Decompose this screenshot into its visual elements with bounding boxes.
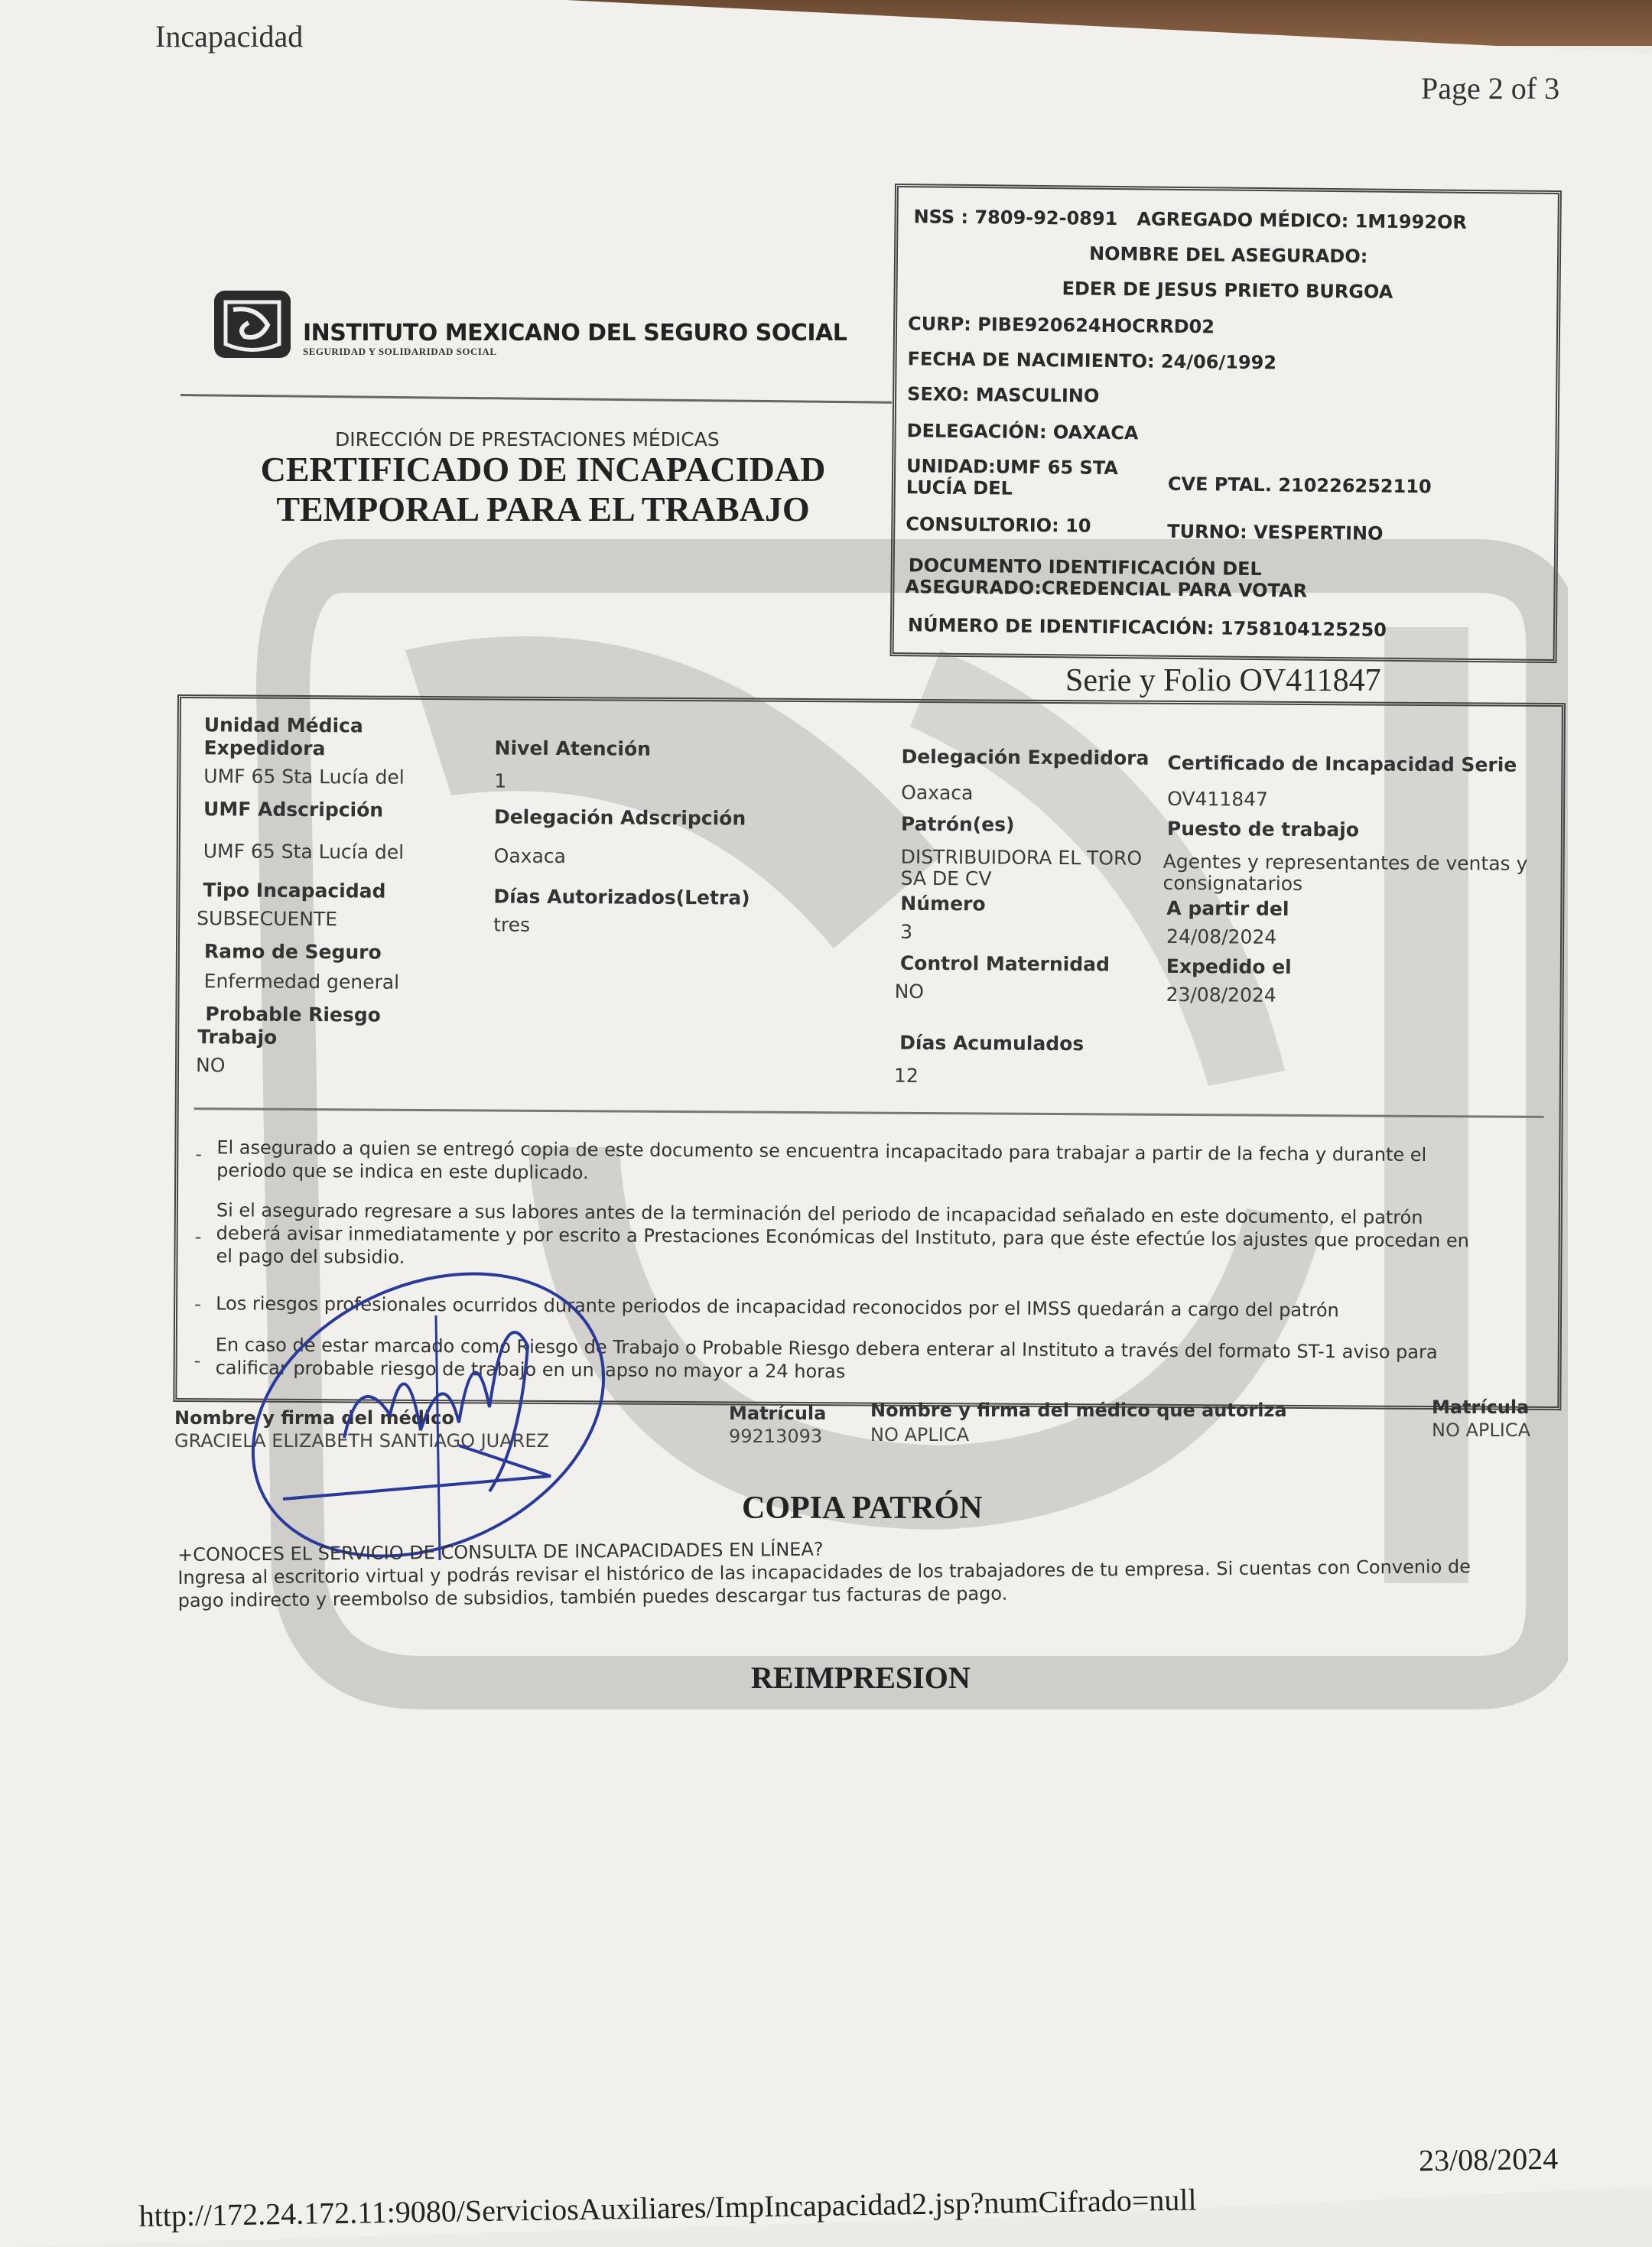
curp-field: CURP: PIBE920624HOCRRD02: [908, 313, 1215, 337]
shift-field: TURNO: VESPERTINO: [1167, 521, 1384, 545]
certificate-details-box: Unidad MédicaExpedidora UMF 65 Sta Lucía…: [173, 694, 1566, 1410]
assignment-delegation: Oaxaca: [494, 846, 566, 868]
employer-copy-label: COPIA PATRÓN: [742, 1490, 983, 1527]
insured-name-label: NOMBRE DEL ASEGURADO:: [1089, 243, 1368, 268]
insured-name: EDER DE JESUS PRIETO BURGOA: [1062, 278, 1393, 303]
insurance-branch-label: Ramo de Seguro: [204, 940, 382, 964]
number: 3: [900, 922, 912, 943]
job-position-label: Puesto de trabajo: [1167, 818, 1359, 842]
number-label: Número: [900, 893, 985, 916]
doctor-name: GRACIELA ELIZABETH SANTIAGO JUAREZ: [174, 1430, 549, 1452]
doctor-label: Nombre y firma del médico: [174, 1407, 454, 1429]
reprint-label: REIMPRESION: [751, 1660, 971, 1696]
nss-field: NSS : 7809-92-0891 AGREGADO MÉDICO: 1M19…: [913, 206, 1467, 233]
certificate-series: OV411847: [1167, 789, 1268, 811]
start-date-label: A partir del: [1166, 897, 1289, 921]
care-level: 1: [494, 771, 506, 792]
id-number-field: NÚMERO DE IDENTIFICACIÓN: 1758104125250: [908, 614, 1387, 641]
authorized-days-text: tres: [493, 915, 530, 936]
maternity-control-label: Control Maternidad: [900, 952, 1110, 977]
birthdate-field: FECHA DE NACIMIENTO: 24/06/1992: [907, 348, 1276, 373]
issuing-delegation-label: Delegación Expedidora: [901, 746, 1149, 770]
work-risk: NO: [196, 1055, 226, 1076]
employer-label: Patrón(es): [901, 813, 1015, 837]
serie-folio: Serie y Folio OV411847: [1065, 662, 1381, 699]
license2-number: NO APLICA: [1432, 1419, 1530, 1441]
certificate-series-label: Certificado de Incapacidad Serie: [1167, 752, 1517, 777]
print-date: 23/08/2024: [1419, 2141, 1559, 2179]
online-service-promo: +CONOCES EL SERVICIO DE CONSULTA DE INCA…: [177, 1531, 1555, 1612]
license-label: Matrícula: [729, 1403, 826, 1424]
postal-code-field: CVE PTAL. 210226252110: [1168, 473, 1432, 498]
certificate-title: CERTIFICADO DE INCAPACIDAD TEMPORAL PARA…: [252, 450, 834, 529]
authorized-days-text-label: Días Autorizados(Letra): [493, 886, 750, 910]
page-header-title: Incapacidad: [155, 18, 303, 54]
sex-field: SEXO: MASCULINO: [907, 383, 1100, 407]
start-date: 24/08/2024: [1166, 926, 1276, 948]
note-4: En caso de estar marcado como Riesgo de …: [216, 1333, 1516, 1387]
office-field: CONSULTORIO: 10: [906, 513, 1091, 537]
issuing-unit: UMF 65 Sta Lucía del: [203, 766, 405, 789]
license-number: 99213093: [729, 1426, 822, 1447]
issued-date-label: Expedido el: [1166, 955, 1292, 979]
care-level-label: Nivel Atención: [494, 737, 651, 761]
work-risk-label: Probable RiesgoTrabajo: [197, 1003, 381, 1049]
insurance-branch: Enfermedad general: [204, 971, 400, 993]
patient-info-box: NSS : 7809-92-0891 AGREGADO MÉDICO: 1M19…: [890, 184, 1562, 663]
umf-assignment: UMF 65 Sta Lucía del: [203, 841, 405, 863]
certificate-title-line1: CERTIFICADO DE INCAPACIDAD: [252, 450, 834, 489]
employer: DISTRIBUIDORA EL TOROSA DE CV: [900, 847, 1142, 891]
delegation-field: DELEGACIÓN: OAXACA: [906, 420, 1138, 444]
direction-label: DIRECCIÓN DE PRESTACIONES MÉDICAS: [335, 428, 720, 450]
note-1: El asegurado a quien se entregó copia de…: [216, 1136, 1517, 1189]
incapacity-type-label: Tipo Incapacidad: [203, 879, 385, 902]
unit-line2: LUCÍA DEL: [906, 476, 1013, 499]
certificate-title-line2: TEMPORAL PARA EL TRABAJO: [252, 489, 834, 529]
job-position: Agentes y representantes de ventas ycons…: [1163, 851, 1527, 896]
license2-label: Matrícula: [1432, 1397, 1529, 1418]
institution-name: INSTITUTO MEXICANO DEL SEGURO SOCIAL: [303, 320, 847, 346]
authorizing-doctor-label: Nombre y firma del médico que autoriza: [870, 1400, 1287, 1421]
institution-tagline: SEGURIDAD Y SOLIDARIDAD SOCIAL: [303, 346, 497, 358]
details-divider: [194, 1107, 1544, 1118]
page-indicator: Page 2 of 3: [1421, 70, 1559, 106]
accumulated-days: 12: [894, 1065, 919, 1087]
bullet-dash: -: [194, 1350, 201, 1371]
issuing-unit-label: Unidad MédicaExpedidora: [203, 714, 363, 760]
maternity-control: NO: [895, 981, 925, 1003]
unit-line1: UNIDAD:UMF 65 STA: [906, 455, 1118, 479]
note-3: Los riesgos profesionales ocurridos dura…: [216, 1292, 1516, 1322]
assignment-delegation-label: Delegación Adscripción: [494, 806, 746, 831]
imss-logo-icon: [214, 291, 291, 358]
authorizing-doctor: NO APLICA: [870, 1424, 969, 1445]
issuing-delegation: Oaxaca: [901, 782, 973, 805]
incapacity-type: SUBSECUENTE: [197, 908, 337, 930]
umf-assignment-label: UMF Adscripción: [203, 798, 383, 821]
note-2: Si el asegurado regresare a sus labores …: [216, 1198, 1517, 1275]
bullet-dash: -: [195, 1143, 202, 1165]
issued-date: 23/08/2024: [1166, 984, 1276, 1006]
id-document-line2: ASEGURADO:CREDENCIAL PARA VOTAR: [905, 576, 1307, 602]
accumulated-days-label: Días Acumulados: [899, 1032, 1084, 1055]
bullet-dash: -: [194, 1293, 201, 1315]
bullet-dash: -: [195, 1226, 202, 1247]
